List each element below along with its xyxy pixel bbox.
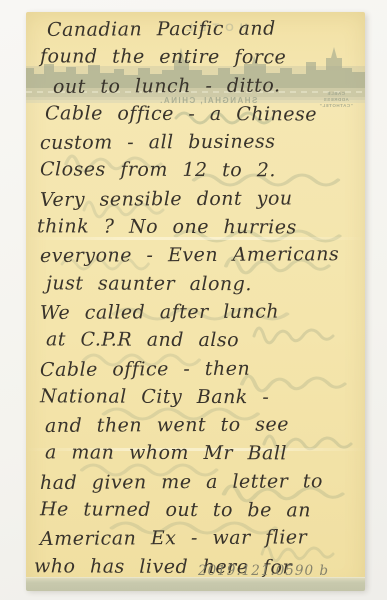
- letter-line: just saunter along.: [40, 269, 359, 299]
- letter-line: We called after lunch: [40, 297, 359, 327]
- accession-number: 2019.121.0590 b: [198, 563, 358, 579]
- letter-line: Closes from 12 to 2.: [40, 156, 359, 186]
- letter-line: National City Bank -: [40, 382, 359, 412]
- letter-line: American Ex - war flier: [40, 523, 359, 553]
- letter-line: at C.P.R and also: [40, 326, 359, 356]
- page-bottom-edge: [26, 577, 365, 591]
- letter-page: HOTEL SHANGHAI, CHINA. CABLE ADDRESS “CA…: [26, 12, 365, 590]
- letter-line: and then went to see: [40, 410, 359, 440]
- letter-line: a man whom Mr Ball: [40, 439, 359, 469]
- letter-line: had given me a letter to: [40, 467, 359, 497]
- letter-line: think ? No one hurries: [37, 212, 359, 242]
- letter-line: He turned out to be an: [40, 495, 359, 525]
- letter-line: everyone - Even Americans: [40, 240, 359, 270]
- letter-line: out to lunch - ditto.: [40, 71, 359, 101]
- letter-line: Canadian Pacific and: [40, 14, 359, 44]
- letter-body: Canadian Pacific and found the entire fo…: [40, 15, 359, 581]
- letter-line: Cable office - a Chinese: [40, 99, 359, 129]
- letter-line: custom - all business: [40, 127, 359, 157]
- letter-line: Cable office - then: [40, 354, 359, 384]
- letter-line: Very sensible dont you: [40, 184, 359, 214]
- letter-line: found the entire force: [40, 43, 359, 73]
